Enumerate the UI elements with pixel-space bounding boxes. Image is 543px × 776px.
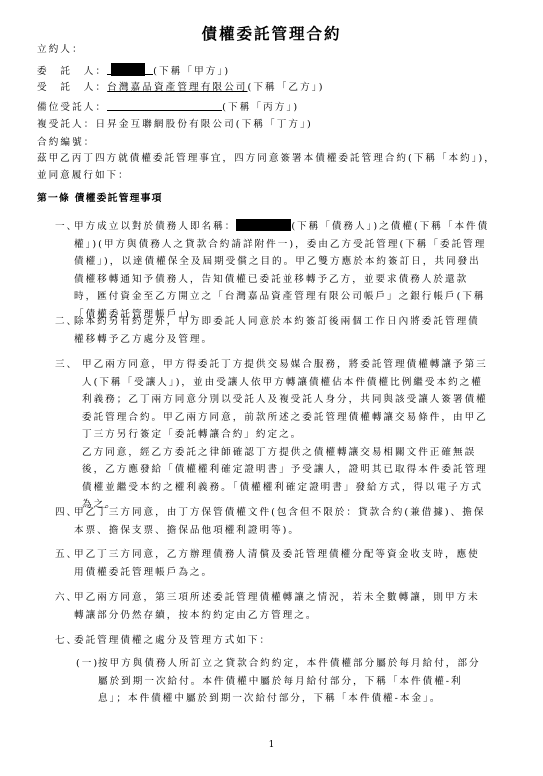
document-title: 債權委託管理合約 bbox=[0, 22, 543, 44]
intro-paragraph: 茲甲乙丙丁四方就債權委託管理事宜，四方同意簽署本債權委託管理合約(下稱「本約」)… bbox=[37, 150, 507, 184]
parties-header: 立約人： bbox=[37, 44, 84, 56]
principal-line: 委 託 人：(下稱「甲方」) bbox=[37, 63, 230, 78]
backup-trustee-label: 備位受託人： bbox=[37, 102, 107, 114]
trustee-suffix: (下稱「乙方」) bbox=[248, 82, 325, 93]
trustee-name: 台灣嘉品資產管理有限公司 bbox=[107, 82, 247, 93]
principal-suffix: (下稱「甲方」) bbox=[153, 66, 230, 77]
clause-3: 三、 甲乙兩方同意，甲方得委託丁方提供交易媒合服務，將委託管理債權轉讓予第三人(… bbox=[55, 356, 491, 514]
sub-trustee-line: 複受託人：日昇金互聯網股份有限公司(下稱「丁方」) bbox=[37, 119, 313, 131]
trustee-line: 受 託 人：台灣嘉品資產管理有限公司(下稱「乙方」) bbox=[37, 82, 325, 94]
clause-6: 六、 甲乙兩方同意，第三項所述委託管理債權轉讓之情況，若未全數轉讓，則甲方未轉讓… bbox=[55, 589, 491, 624]
clause-4-body: 甲乙丁三方同意，由丁方保管債權文件(包含但不限於：貸款合約(兼借據)、擔保本票、… bbox=[55, 504, 491, 539]
clause-1-text-a: 甲方成立以對於債務人即名稱： bbox=[74, 221, 236, 232]
clause-6-body: 甲乙兩方同意，第三項所述委託管理債權轉讓之情況，若未全數轉讓，則甲方未轉讓部分仍… bbox=[55, 589, 491, 624]
clause-6-number: 六、 bbox=[55, 589, 78, 607]
clause-5: 五、 甲乙丁三方同意，乙方辦理債務人清償及委託管理債權分配等資金收支時，應使用債… bbox=[55, 546, 491, 581]
backup-trustee-name-blank bbox=[107, 100, 222, 111]
clause-2: 二、 除本約另有約定外，甲方即委託人同意於本約簽訂後兩個工作日內將委託管理債權移… bbox=[55, 313, 491, 348]
principal-name-redacted bbox=[111, 63, 145, 76]
clause-1: 一、 甲方成立以對於債務人即名稱：(下稱「債務人」)之債權(下稱「本件債權」)(… bbox=[55, 218, 491, 323]
clause-3-body-2: 乙方同意，經乙方委託之律師確認丁方提供之債權轉讓交易相關文件正確無誤後，乙方應發… bbox=[55, 444, 491, 514]
clause-7-sub-1: (一) 按甲方與債務人所訂立之貸款合約約定，本件債權部分屬於每月給付，部分屬於到… bbox=[76, 655, 491, 708]
trustee-label: 受 託 人： bbox=[37, 82, 107, 94]
clause-5-number: 五、 bbox=[55, 546, 78, 564]
clause-1-body: 甲方成立以對於債務人即名稱：(下稱「債務人」)之債權(下稱「本件債權」)(甲方與… bbox=[55, 218, 491, 323]
sub-trustee-name: 日昇金互聯網股份有限公司 bbox=[95, 119, 235, 130]
clause-7: 七、 委託管理債權之處分及管理方式如下： bbox=[55, 632, 491, 650]
clause-2-body: 除本約另有約定外，甲方即委託人同意於本約簽訂後兩個工作日內將委託管理債權移轉予乙… bbox=[55, 313, 491, 348]
page-number: 1 bbox=[0, 740, 543, 750]
backup-trustee-line: 備位受託人：(下稱「丙方」) bbox=[37, 100, 299, 114]
principal-label: 委 託 人： bbox=[37, 66, 107, 78]
principal-underline-right bbox=[145, 74, 153, 75]
sub-trustee-label: 複受託人： bbox=[37, 119, 95, 131]
clause-2-number: 二、 bbox=[55, 313, 78, 331]
clause-4: 四、 甲乙丁三方同意，由丁方保管債權文件(包含但不限於：貸款合約(兼借據)、擔保… bbox=[55, 504, 491, 539]
clause-7-sub-1-number: (一) bbox=[76, 655, 99, 673]
clause-3-number: 三、 bbox=[55, 356, 78, 374]
backup-trustee-suffix: (下稱「丙方」) bbox=[222, 102, 299, 113]
clause-4-number: 四、 bbox=[55, 504, 78, 522]
article-1-heading: 第一條 債權委託管理事項 bbox=[37, 190, 163, 204]
clause-1-text-b: (下稱「債務人」)之債權(下稱「本件債權」)(甲方與債務人之貸款合約請詳附件一)… bbox=[74, 221, 489, 320]
contract-number-label: 合約編號： bbox=[37, 137, 95, 149]
clause-5-body: 甲乙丁三方同意，乙方辦理債務人清償及委託管理債權分配等資金收支時，應使用債權委託… bbox=[55, 546, 491, 581]
clause-7-number: 七、 bbox=[55, 632, 78, 650]
clause-3-body: 甲乙兩方同意，甲方得委託丁方提供交易媒合服務，將委託管理債權轉讓予第三人(下稱「… bbox=[55, 356, 491, 444]
clause-1-number: 一、 bbox=[55, 218, 78, 236]
document-page: 債權委託管理合約 立約人： 委 託 人：(下稱「甲方」) 受 託 人：台灣嘉品資… bbox=[0, 0, 543, 776]
debtor-name-redacted bbox=[236, 219, 291, 231]
sub-trustee-suffix: (下稱「丁方」) bbox=[236, 119, 313, 130]
clause-7-sub-1-body: 按甲方與債務人所訂立之貸款合約約定，本件債權部分屬於每月給付，部分屬於到期一次給… bbox=[76, 655, 491, 708]
clause-7-body: 委託管理債權之處分及管理方式如下： bbox=[55, 632, 491, 650]
